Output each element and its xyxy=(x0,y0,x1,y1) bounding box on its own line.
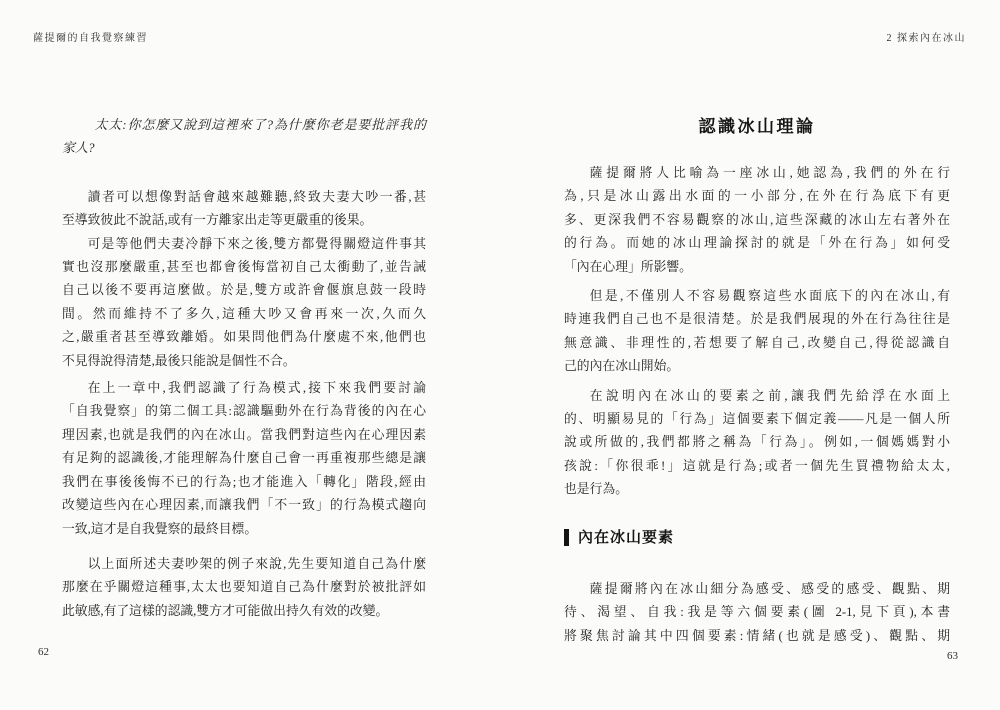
text-line: 己的內在冰山開始。 xyxy=(564,355,950,378)
body-paragraph: 以上面所述夫妻吵架的例子來說,先生要知道自己為什麼那麼在乎關燈這種事,太太也要知… xyxy=(62,553,426,623)
text-line: 「內在心理」所影響。 xyxy=(564,256,950,279)
page-number-right: 63 xyxy=(947,650,958,662)
body-paragraph: 薩提爾將內在冰山細分為感受、感受的感受、觀點、期待、渴望、自我:我是等六個要素(… xyxy=(564,578,950,648)
text-line: 太太:你怎麼又說到這裡來了?為什麼你老是要批評我的 xyxy=(62,113,426,136)
text-line: 自己以後不要再這麼做。於是,雙方或許會偃旗息鼓一段時 xyxy=(62,279,426,302)
chapter-title: 認識冰山理論 xyxy=(564,114,950,140)
body-paragraph: 在上一章中,我們認識了行為模式,接下來我們要討論「自我覺察」的第二個工具:認識驅… xyxy=(62,377,426,541)
text-line: 薩提爾將內在冰山細分為感受、感受的感受、觀點、期 xyxy=(564,578,950,601)
text-line: 的、明顯易見的「行為」這個要素下個定義——凡是一個人所 xyxy=(564,408,950,431)
text-line: 多、更深我們不容易觀察的冰山,這些深藏的冰山左右著外在 xyxy=(564,209,950,232)
text-line: 之,嚴重者甚至導致離婚。如果問他們為什麼處不來,他們也 xyxy=(62,326,426,349)
body-paragraph: 可是等他們夫妻冷靜下來之後,雙方都覺得關燈這件事其實也沒那麼嚴重,甚至也都會後悔… xyxy=(62,233,426,373)
text-line: 改變這些內在心理因素,而讓我們「不一致」的行為模式趨向 xyxy=(62,494,426,517)
text-line: 在說明內在冰山的要素之前,讓我們先給浮在水面上 xyxy=(564,385,950,408)
text-line: 為,只是冰山露出水面的一小部分,在外在行為底下有更 xyxy=(564,185,950,208)
text-line: 將聚焦討論其中四個要素:情緒(也就是感受)、觀點、期 xyxy=(564,625,950,648)
text-line: 在上一章中,我們認識了行為模式,接下來我們要討論 xyxy=(62,377,426,400)
text-line: 說或所做的,我們都將之稱為「行為」。例如,一個媽媽對小 xyxy=(564,431,950,454)
body-paragraph: 但是,不僅別人不容易觀察這些水面底下的內在冰山,有時連我們自己也不是很清楚。於是… xyxy=(564,285,950,379)
text-line: 我們在事後後悔不已的行為;也才能進入「轉化」階段,經由 xyxy=(62,471,426,494)
text-line: 也是行為。 xyxy=(564,478,950,501)
left-text-column: 太太:你怎麼又說到這裡來了?為什麼你老是要批評我的家人? 讀者可以想像對話會越來… xyxy=(62,113,426,623)
text-line: 待、渴望、自我:我是等六個要素(圖 2-1,見下頁),本書 xyxy=(564,601,950,624)
running-header-right: 2 探索內在冰山 xyxy=(887,29,967,44)
dialogue-quote: 太太:你怎麼又說到這裡來了?為什麼你老是要批評我的家人? xyxy=(62,113,426,160)
body-paragraph: 在說明內在冰山的要素之前,讓我們先給浮在水面上的、明顯易見的「行為」這個要素下個… xyxy=(564,385,950,502)
body-paragraph: 薩提爾將人比喻為一座冰山,她認為,我們的外在行為,只是冰山露出水面的一小部分,在… xyxy=(564,162,950,279)
text-line: 可是等他們夫妻冷靜下來之後,雙方都覺得關燈這件事其 xyxy=(62,233,426,256)
text-line: 不見得說得清楚,最後只能說是個性不合。 xyxy=(62,350,426,373)
running-header-left: 薩提爾的自我覺察練習 xyxy=(33,29,148,44)
section-marker-bar-icon xyxy=(564,529,569,546)
text-line: 薩提爾將人比喻為一座冰山,她認為,我們的外在行 xyxy=(564,162,950,185)
text-line: 家人? xyxy=(62,136,426,159)
text-line: 此敏感,有了這樣的認識,雙方才可能做出持久有效的改變。 xyxy=(62,600,426,623)
page-number-left: 62 xyxy=(38,646,49,658)
section-heading-label: 內在冰山要素 xyxy=(578,528,674,548)
text-line: 以上面所述夫妻吵架的例子來說,先生要知道自己為什麼 xyxy=(62,553,426,576)
text-line: 讀者可以想像對話會越來越難聽,終致夫妻大吵一番,甚 xyxy=(62,186,426,209)
text-line: 但是,不僅別人不容易觀察這些水面底下的內在冰山,有 xyxy=(564,285,950,308)
text-line: 的行為。而她的冰山理論探討的就是「外在行為」如何受 xyxy=(564,232,950,255)
text-line: 實也沒那麼嚴重,甚至也都會後悔當初自己太衝動了,並告誡 xyxy=(62,256,426,279)
text-line: 有足夠的認識後,才能理解為什麼自己會一再重複那些總是讓 xyxy=(62,447,426,470)
text-line: 無意識、非理性的,若想要了解自己,改變自己,得從認識自 xyxy=(564,332,950,355)
body-paragraph: 讀者可以想像對話會越來越難聽,終致夫妻大吵一番,甚至導致彼此不說話,或有一方離家… xyxy=(62,186,426,233)
text-line: 時連我們自己也不是很清楚。於是我們展現的外在行為往往是 xyxy=(564,308,950,331)
text-line: 那麼在乎關燈這種事,太太也要知道自己為什麼對於被批評如 xyxy=(62,576,426,599)
text-line: 至導致彼此不說話,或有一方離家出走等更嚴重的後果。 xyxy=(62,209,426,232)
section-heading: 內在冰山要素 xyxy=(564,528,950,548)
text-line: 理因素,也就是我們的內在冰山。當我們對這些內在心理因素 xyxy=(62,424,426,447)
text-line: 一致,這才是自我覺察的最終目標。 xyxy=(62,518,426,541)
right-text-column: 認識冰山理論 薩提爾將人比喻為一座冰山,她認為,我們的外在行為,只是冰山露出水面… xyxy=(564,114,950,648)
text-line: 間。然而維持不了多久,這種大吵又會再來一次,久而久 xyxy=(62,303,426,326)
text-line: 「自我覺察」的第二個工具:認識驅動外在行為背後的內在心 xyxy=(62,400,426,423)
text-line: 孩說:「你很乖!」這就是行為;或者一個先生買禮物給太太, xyxy=(564,455,950,478)
